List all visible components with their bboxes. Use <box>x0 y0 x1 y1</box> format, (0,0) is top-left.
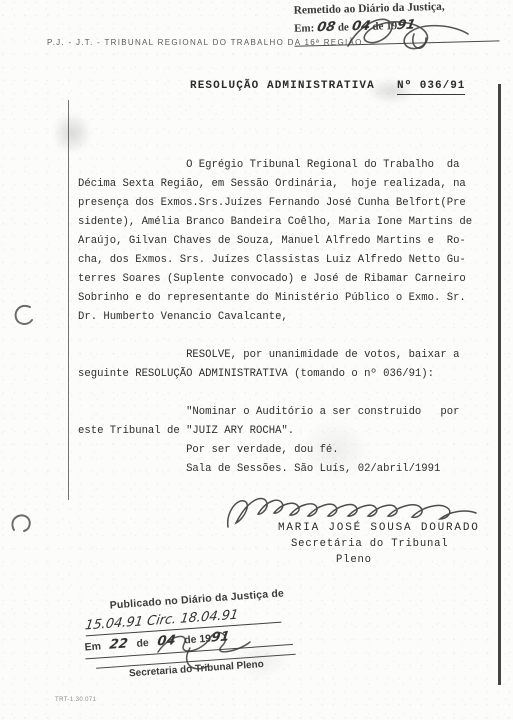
body-line: seguinte RESOLUÇÃO ADMINISTRATIVA (toman… <box>78 365 478 384</box>
scanned-document-page: P.J. - J.T. - TRIBUNAL REGIONAL DO TRABA… <box>0 0 513 720</box>
body-line: RESOLVE, por unanimidade de votos, baixa… <box>78 346 478 365</box>
body-line: Sobrinho e do representante do Ministéri… <box>78 289 478 308</box>
body-line: terres Soares (Suplente convocado) e Jos… <box>78 270 478 289</box>
body-line: Décima Sexta Região, em Sessão Ordinária… <box>78 175 478 194</box>
body-line-blank <box>78 327 478 346</box>
body-line: Sala de Sessões. São Luís, 02/abril/1991 <box>78 460 478 479</box>
body-line: Dr. Humberto Venancio Cavalcante, <box>78 308 478 327</box>
body-line: presença dos Exmos.Srs.Juízes Fernando J… <box>78 194 478 213</box>
body-line: cha, dos Exmos. Srs. Juízes Classistas L… <box>78 251 478 270</box>
signatory-name: MARIA JOSÉ SOUSA DOURADO <box>278 522 480 534</box>
document-number: Nº 036/91 <box>397 80 465 95</box>
body-line: O Egrégio Tribunal Regional do Trabalho … <box>78 156 478 175</box>
document-title: RESOLUÇÃO ADMINISTRATIVA <box>190 80 375 92</box>
form-code: TRT-1.30.071 <box>55 697 96 703</box>
document-body: O Egrégio Tribunal Regional do Trabalho … <box>78 156 478 479</box>
signature-scribble <box>330 12 480 61</box>
scan-edge-line <box>498 84 501 685</box>
hole-punch-mark <box>10 512 32 536</box>
hole-punch-mark <box>13 303 35 327</box>
handwritten-day: 22 <box>109 636 129 652</box>
de-label: de <box>136 637 149 650</box>
body-line: este Tribunal de "JUIZ ARY ROCHA". <box>78 422 478 441</box>
body-line: Araújo, Gilvan Chaves de Souza, Manuel A… <box>78 232 478 251</box>
scan-smudge <box>52 112 92 154</box>
signature-scribble <box>150 628 260 679</box>
body-line-blank <box>78 384 478 403</box>
signatory-role: Secretária do Tribunal <box>291 538 448 550</box>
body-line: "Nominar o Auditório a ser construido po… <box>78 403 478 422</box>
em-label: Em: <box>294 22 314 35</box>
em-label: Em <box>84 640 101 653</box>
signatory-role-2: Pleno <box>336 554 372 566</box>
margin-line <box>68 100 69 500</box>
body-line: sidente), Amélia Branco Bandeira Coêlho,… <box>78 213 478 232</box>
body-line: Por ser verdade, dou fé. <box>78 441 478 460</box>
